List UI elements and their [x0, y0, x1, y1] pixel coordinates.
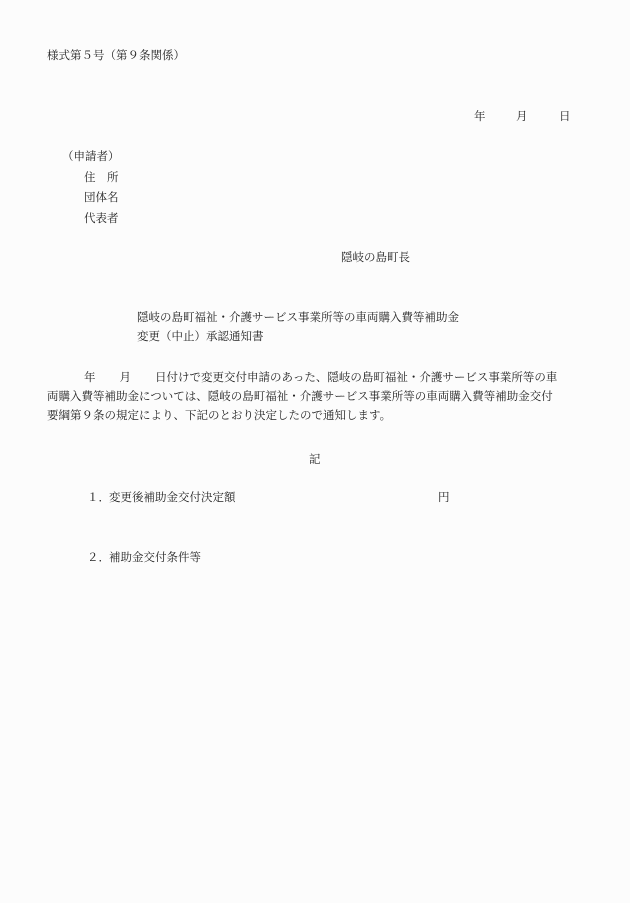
- issuer-name: 隠岐の島町長: [341, 248, 410, 267]
- applicant-heading: （申請者）: [62, 147, 120, 166]
- item-1-label: 変更後補助金交付決定額: [109, 488, 236, 507]
- item-1-number: １．: [87, 488, 110, 507]
- date-month-label: 月: [516, 107, 528, 126]
- date-day-label: 日: [559, 107, 571, 126]
- item-2-number: ２．: [87, 548, 110, 567]
- body-line-3: 要綱第９条の規定により、下記のとおり決定したので通知します。: [47, 406, 587, 425]
- body-line-1-text: 日付けで変更交付申請のあった、隠岐の島町福祉・介護サービス事業所等の車: [155, 370, 557, 384]
- body-month-label: 月: [120, 370, 132, 384]
- form-number: 様式第５号（第９条関係）: [47, 46, 185, 65]
- document-title-line2: 変更（中止）承認通知書: [137, 327, 264, 346]
- body-year-label: 年: [84, 370, 96, 384]
- date-year-label: 年: [474, 107, 486, 126]
- ki-heading: 記: [309, 450, 321, 469]
- body-line-1: 年月日付けで変更交付申請のあった、隠岐の島町福祉・介護サービス事業所等の車: [47, 368, 587, 387]
- body-line-2: 両購入費等補助金については、隠岐の島町福祉・介護サービス事業所等の車両購入費等補…: [47, 387, 587, 406]
- applicant-address-label: 住 所: [84, 168, 119, 187]
- body-paragraph: 年月日付けで変更交付申請のあった、隠岐の島町福祉・介護サービス事業所等の車 両購…: [47, 368, 587, 425]
- item-1-unit: 円: [438, 488, 450, 507]
- item-2-label: 補助金交付条件等: [109, 548, 201, 567]
- document-title-line1: 隠岐の島町福祉・介護サービス事業所等の車両購入費等補助金: [137, 308, 459, 327]
- applicant-representative-label: 代表者: [84, 209, 119, 228]
- applicant-organization-label: 団体名: [84, 188, 119, 207]
